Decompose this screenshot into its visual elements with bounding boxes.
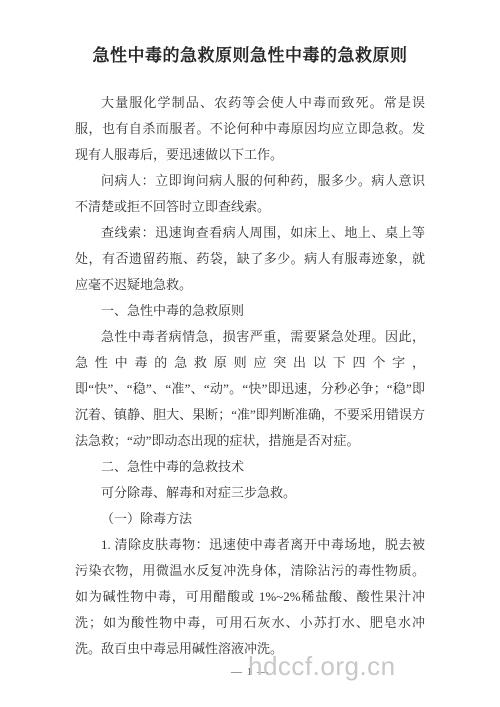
paragraph-ask-patient: 问病人：立即询问病人服的何种药，服多少。病人意识不清楚或拒不回答时立即查线索。 [75, 168, 425, 220]
subsection-heading-detox: （一）除毒方法 [75, 506, 425, 532]
paragraph-principles: 急性中毒者病情急，损害严重，需要紧急处理。因此，急性中毒的急救原则应突出以下四个… [75, 324, 425, 454]
paragraph-three-steps: 可分除毒、解毒和对症三步急救。 [75, 480, 425, 506]
paragraph-skin-detox: 1. 清除皮肤毒物：迅速使中毒者离开中毒场地，脱去被污染衣物，用微温水反复冲洗身… [75, 532, 425, 662]
watermark-text: hdccf.org.cn [248, 651, 396, 682]
section-heading-1: 一、急性中毒的急救原则 [75, 298, 425, 324]
paragraph-find-clues: 查线索：迅速询查看病人周围，如床上、地上、桌上等处，有否遗留药瓶、药袋，缺了多少… [75, 220, 425, 298]
paragraph-intro: 大量服化学制品、农药等会使人中毒而致死。常是误服，也有自杀而服者。不论何种中毒原… [75, 90, 425, 168]
document-body: 大量服化学制品、农药等会使人中毒而致死。常是误服，也有自杀而服者。不论何种中毒原… [75, 90, 425, 662]
document-title: 急性中毒的急救原则急性中毒的急救原则 [40, 45, 460, 68]
document-page: 急性中毒的急救原则急性中毒的急救原则 大量服化学制品、农药等会使人中毒而致死。常… [0, 0, 500, 707]
section-heading-2: 二、急性中毒的急救技术 [75, 454, 425, 480]
